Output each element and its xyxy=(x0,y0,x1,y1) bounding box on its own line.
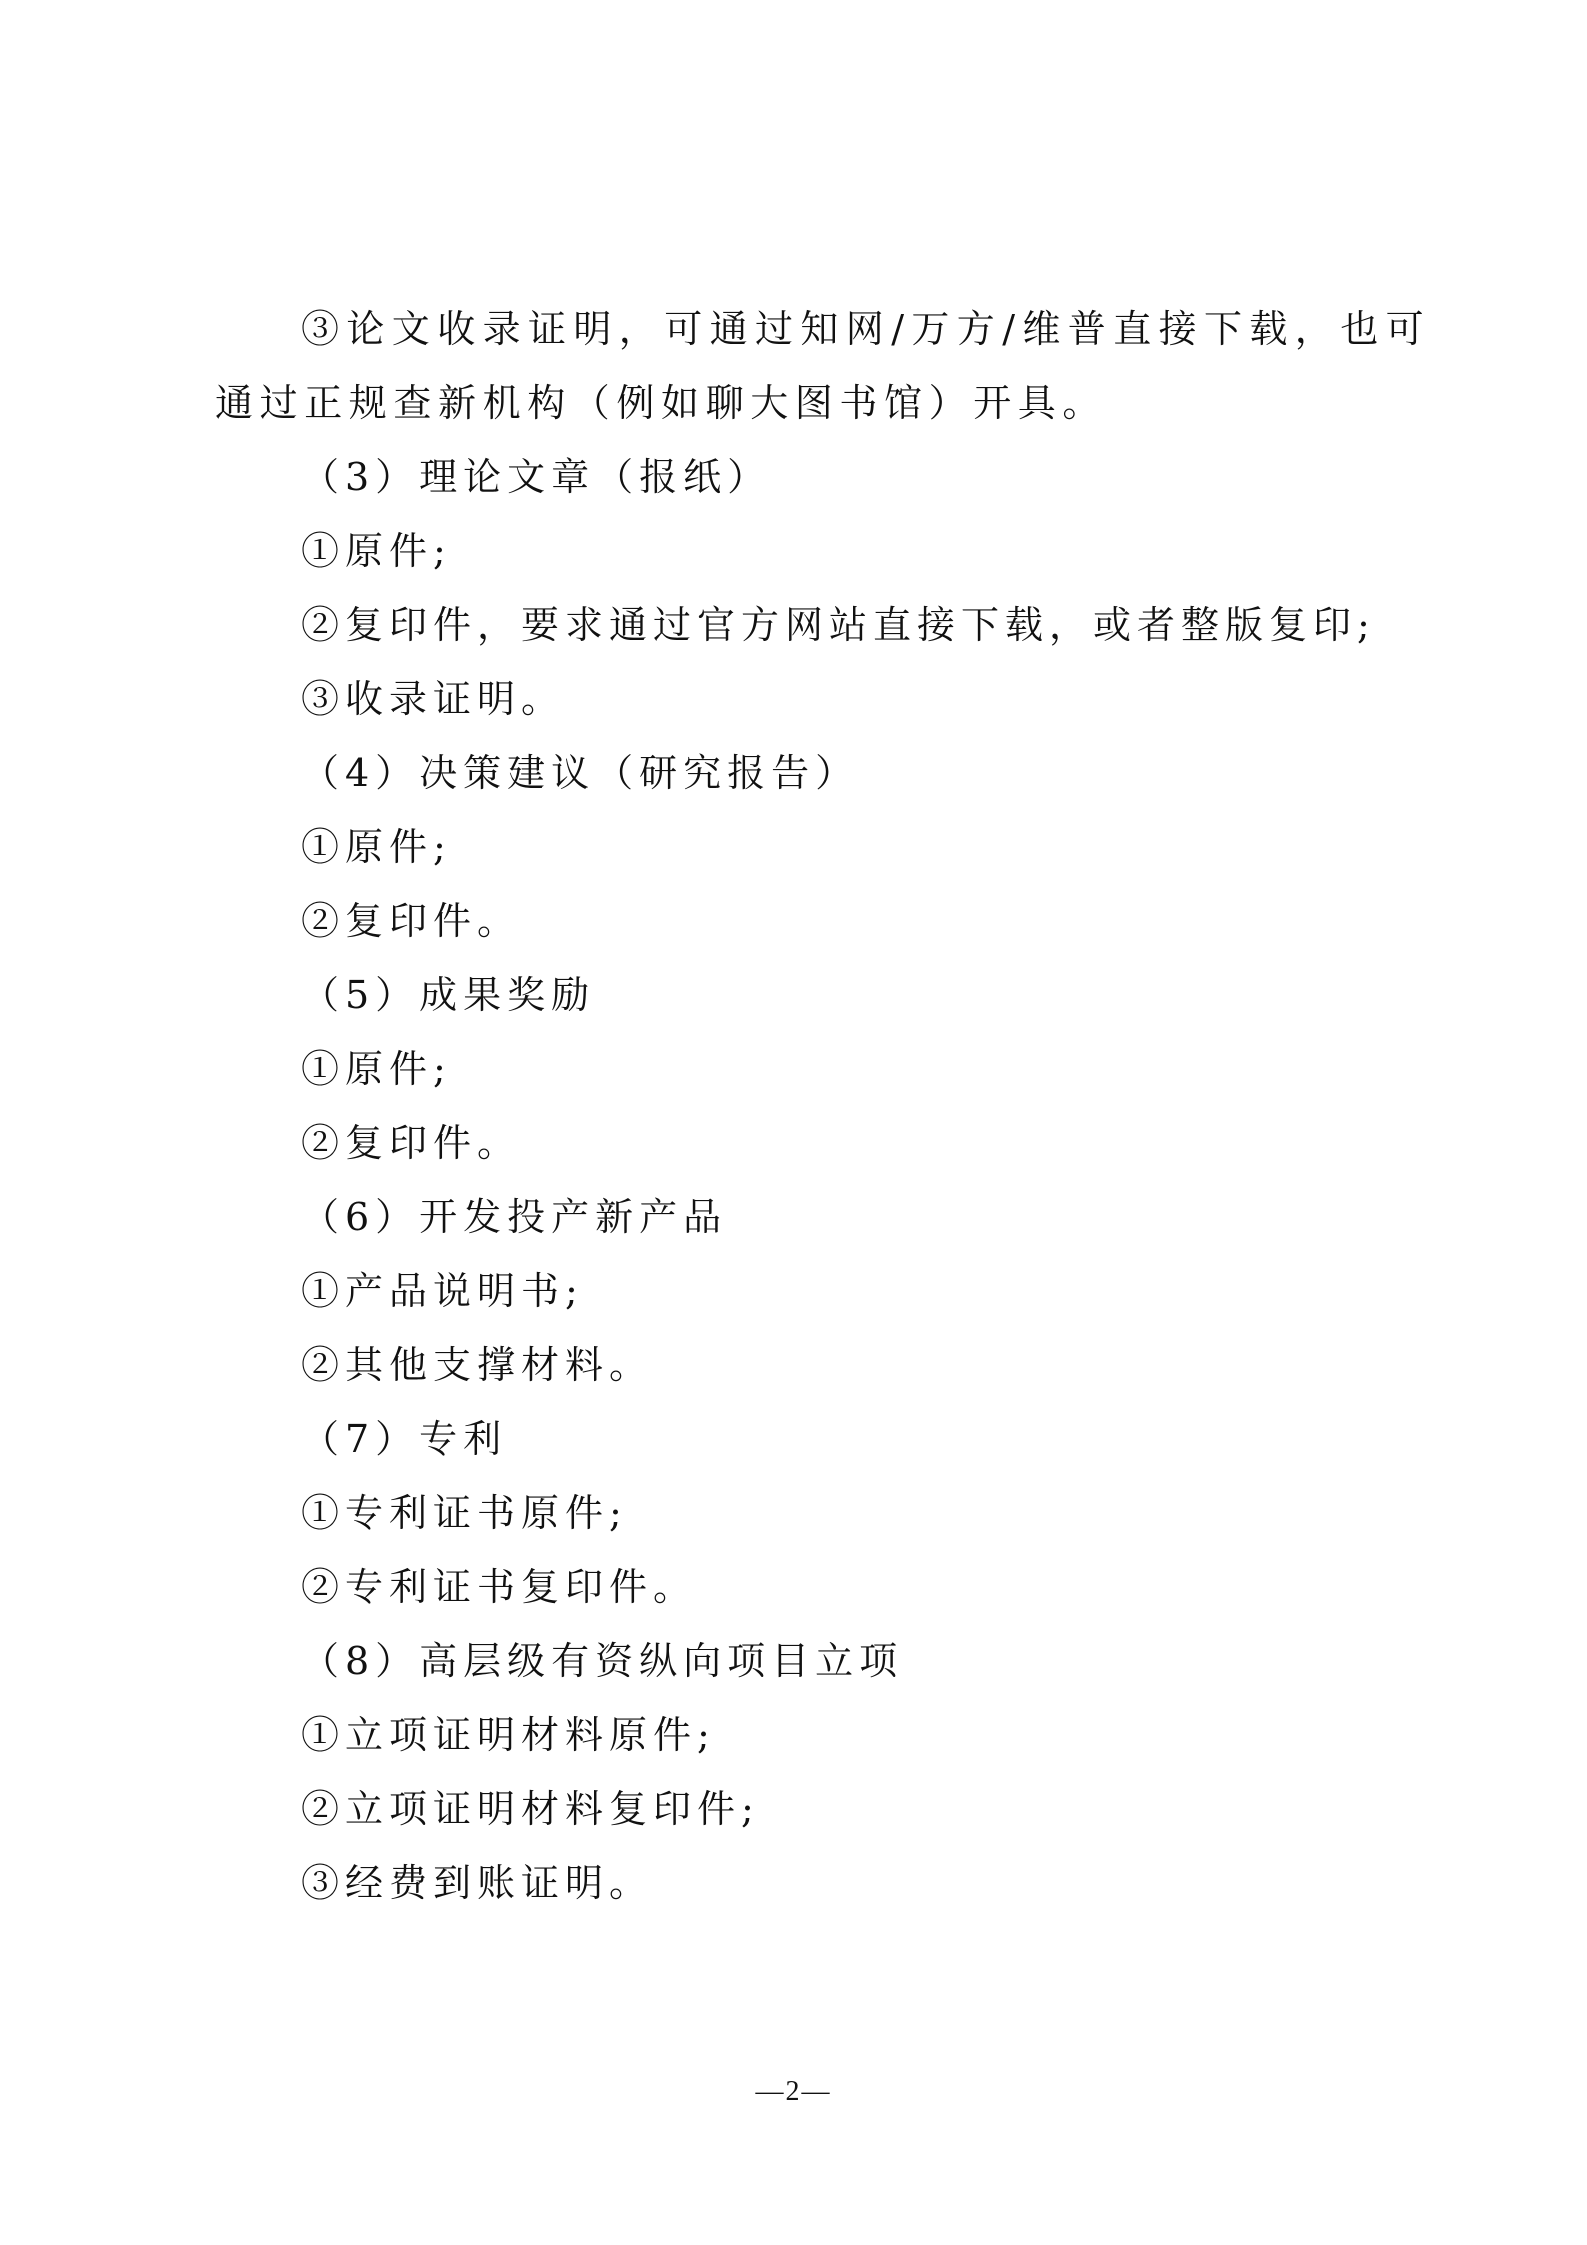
section-heading: （4）决策建议（研究报告） xyxy=(215,736,1385,810)
section-heading: （3）理论文章（报纸） xyxy=(215,440,1385,514)
list-item: ①原件; xyxy=(215,810,1385,884)
section-heading: （5）成果奖励 xyxy=(215,958,1385,1032)
list-item: ③经费到账证明。 xyxy=(215,1846,1385,1920)
list-item: ③收录证明。 xyxy=(215,662,1385,736)
document-body: ③论文收录证明，可通过知网/万方/维普直接下载，也可 通过正规查新机构（例如聊大… xyxy=(215,292,1385,1920)
section-heading: （7）专利 xyxy=(215,1402,1385,1476)
list-item: ②复印件，要求通过官方网站直接下载，或者整版复印; xyxy=(215,588,1385,662)
list-item: ①产品说明书; xyxy=(215,1254,1385,1328)
list-item: ①立项证明材料原件; xyxy=(215,1698,1385,1772)
list-item: ①原件; xyxy=(215,1032,1385,1106)
section-heading: （8）高层级有资纵向项目立项 xyxy=(215,1624,1385,1698)
list-item: ①原件; xyxy=(215,514,1385,588)
list-item: ②专利证书复印件。 xyxy=(215,1550,1385,1624)
list-item: ②复印件。 xyxy=(215,884,1385,958)
document-page: ③论文收录证明，可通过知网/万方/维普直接下载，也可 通过正规查新机构（例如聊大… xyxy=(0,0,1587,2245)
page-number: —2— xyxy=(0,2076,1587,2108)
paragraph-line: ③论文收录证明，可通过知网/万方/维普直接下载，也可 xyxy=(215,292,1385,366)
list-item: ②复印件。 xyxy=(215,1106,1385,1180)
section-heading: （6）开发投产新产品 xyxy=(215,1180,1385,1254)
list-item: ①专利证书原件; xyxy=(215,1476,1385,1550)
list-item: ②立项证明材料复印件; xyxy=(215,1772,1385,1846)
list-item: ②其他支撑材料。 xyxy=(215,1328,1385,1402)
paragraph-line: 通过正规查新机构（例如聊大图书馆）开具。 xyxy=(215,366,1385,440)
